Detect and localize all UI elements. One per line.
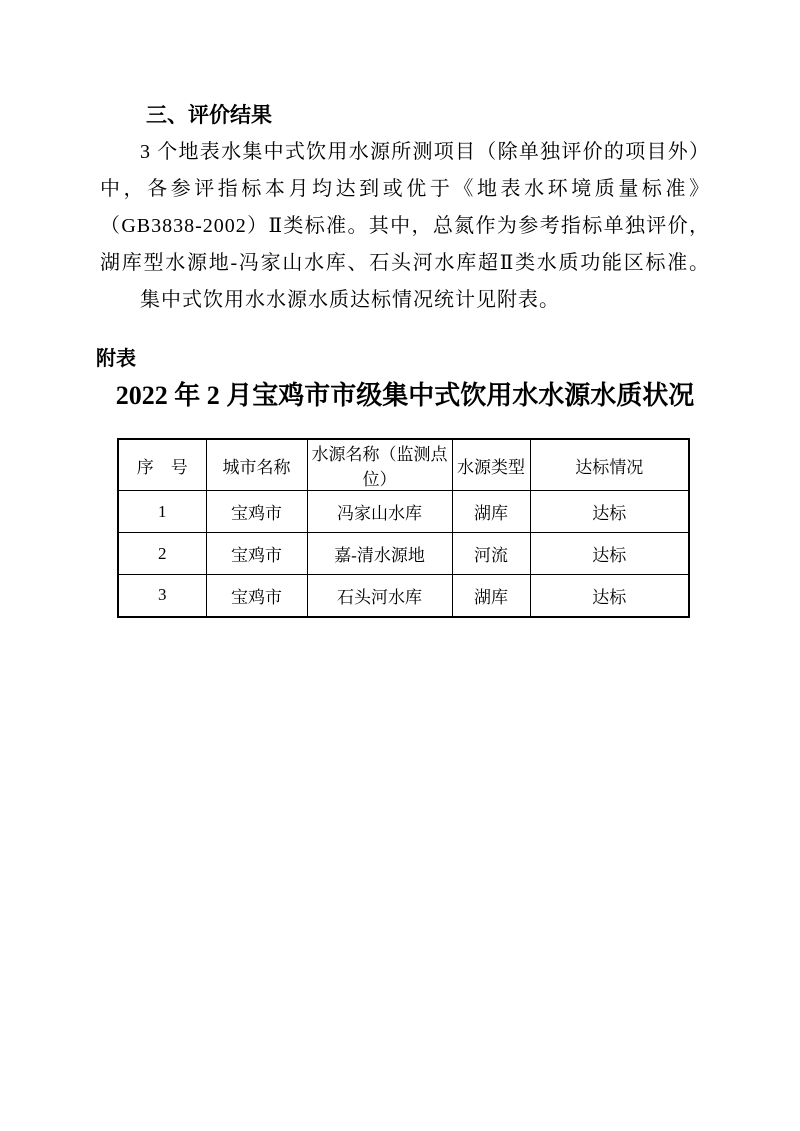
paragraph-line-4: 湖库型水源地-冯家山水库、石头河水库超Ⅱ类水质功能区标准。 — [100, 245, 710, 282]
cell-source-type: 湖库 — [452, 491, 530, 533]
table-row: 2 宝鸡市 嘉-清水源地 河流 达标 — [118, 533, 689, 575]
section-heading: 三、评价结果 — [100, 97, 710, 134]
page-content: 三、评价结果 3 个地表水集中式饮用水源所测项目（除单独评价的项目外） 中，各参… — [100, 97, 710, 618]
cell-source-name: 冯家山水库 — [307, 491, 452, 533]
header-compliance: 达标情况 — [530, 439, 689, 491]
cell-serial-number: 2 — [118, 533, 206, 575]
paragraph-line-2: 中，各参评指标本月均达到或优于《地表水环境质量标准》 — [100, 171, 710, 208]
table-title: 2022 年 2 月宝鸡市市级集中式饮用水水源水质状况 — [100, 379, 710, 413]
appendix-label: 附表 — [96, 345, 710, 373]
cell-serial-number: 1 — [118, 491, 206, 533]
water-quality-table: 序 号 城市名称 水源名称（监测点位） 水源类型 达标情况 1 宝鸡市 冯家山水… — [117, 438, 690, 618]
paragraph-line-5: 集中式饮用水水源水质达标情况统计见附表。 — [100, 282, 710, 319]
header-source-name: 水源名称（监测点位） — [307, 439, 452, 491]
cell-city-name: 宝鸡市 — [206, 491, 307, 533]
header-source-type: 水源类型 — [452, 439, 530, 491]
paragraph-line-3: （GB3838-2002）Ⅱ类标准。其中，总氮作为参考指标单独评价， — [100, 208, 710, 245]
table-row: 3 宝鸡市 石头河水库 湖库 达标 — [118, 575, 689, 617]
table-row: 1 宝鸡市 冯家山水库 湖库 达标 — [118, 491, 689, 533]
cell-compliance: 达标 — [530, 575, 689, 617]
cell-city-name: 宝鸡市 — [206, 533, 307, 575]
cell-compliance: 达标 — [530, 491, 689, 533]
cell-source-name: 石头河水库 — [307, 575, 452, 617]
cell-serial-number: 3 — [118, 575, 206, 617]
evaluation-paragraph: 3 个地表水集中式饮用水源所测项目（除单独评价的项目外） 中，各参评指标本月均达… — [100, 134, 710, 319]
cell-source-name: 嘉-清水源地 — [307, 533, 452, 575]
paragraph-line-1: 3 个地表水集中式饮用水源所测项目（除单独评价的项目外） — [100, 134, 710, 171]
table-header-row: 序 号 城市名称 水源名称（监测点位） 水源类型 达标情况 — [118, 439, 689, 491]
cell-source-type: 河流 — [452, 533, 530, 575]
cell-compliance: 达标 — [530, 533, 689, 575]
cell-city-name: 宝鸡市 — [206, 575, 307, 617]
header-serial-number: 序 号 — [118, 439, 206, 491]
document-page: 三、评价结果 3 个地表水集中式饮用水源所测项目（除单独评价的项目外） 中，各参… — [0, 0, 800, 1131]
cell-source-type: 湖库 — [452, 575, 530, 617]
header-city-name: 城市名称 — [206, 439, 307, 491]
